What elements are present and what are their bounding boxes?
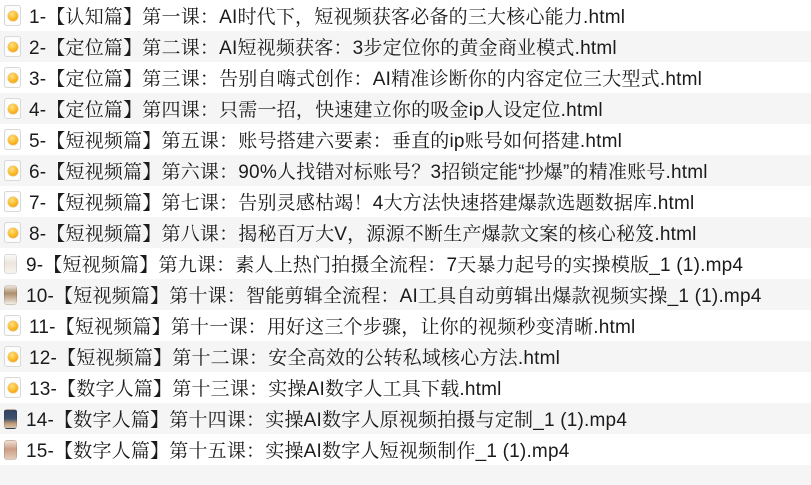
html-file-icon [4,160,21,181]
file-name: 14-【数字人篇】第十四课：实操AI数字人原视频拍摄与定制_1 (1).mp4 [26,405,627,432]
html-file-icon [4,67,21,88]
html-file-icon [4,222,21,243]
html-icon-orb [8,104,18,114]
html-icon-orb [8,321,18,331]
file-name: 15-【数字人篇】第十五课：实操AI数字人短视频制作_1 (1).mp4 [26,436,570,463]
file-name: 2-【定位篇】第二课：AI短视频获客：3步定位你的黄金商业模式.html [29,33,617,60]
html-file-icon [4,5,21,26]
html-icon-orb [8,383,18,393]
file-row[interactable]: 15-【数字人篇】第十五课：实操AI数字人短视频制作_1 (1).mp4 [0,434,811,465]
html-icon-orb [8,135,18,145]
html-file-icon [4,377,21,398]
html-icon-orb [8,197,18,207]
file-name: 3-【定位篇】第三课：告别自嗨式创作：AI精准诊断你的内容定位三大型式.html [29,64,702,91]
file-row[interactable]: 7-【短视频篇】第七课：告别灵感枯竭！4大方法快速搭建爆款选题数据库.html [0,186,811,217]
partial-next-row [0,465,811,485]
video-thumbnail-icon [4,409,17,429]
file-row[interactable]: 6-【短视频篇】第六课：90%人找错对标账号？3招锁定能“抄爆”的精准账号.ht… [0,155,811,186]
file-row[interactable]: 11-【短视频篇】第十一课：用好这三个步骤，让你的视频秒变清晰.html [0,310,811,341]
file-row[interactable]: 12-【短视频篇】第十二课：安全高效的公转私域核心方法.html [0,341,811,372]
file-row[interactable]: 4-【定位篇】第四课：只需一招，快速建立你的吸金ip人设定位.html [0,93,811,124]
file-row[interactable]: 1-【认知篇】第一课：AI时代下，短视频获客必备的三大核心能力.html [0,0,811,31]
file-row[interactable]: 14-【数字人篇】第十四课：实操AI数字人原视频拍摄与定制_1 (1).mp4 [0,403,811,434]
file-row[interactable]: 10-【短视频篇】第十课：智能剪辑全流程：AI工具自动剪辑出爆款视频实操_1 (… [0,279,811,310]
file-name: 10-【短视频篇】第十课：智能剪辑全流程：AI工具自动剪辑出爆款视频实操_1 (… [26,281,762,308]
file-row[interactable]: 5-【短视频篇】第五课：账号搭建六要素：垂直的ip账号如何搭建.html [0,124,811,155]
video-thumbnail-icon [4,440,17,460]
html-file-icon [4,191,21,212]
html-icon-orb [8,166,18,176]
file-name: 6-【短视频篇】第六课：90%人找错对标账号？3招锁定能“抄爆”的精准账号.ht… [29,157,708,184]
file-name: 1-【认知篇】第一课：AI时代下，短视频获客必备的三大核心能力.html [29,2,625,29]
file-name: 12-【短视频篇】第十二课：安全高效的公转私域核心方法.html [29,343,560,370]
video-thumbnail-icon [4,254,17,274]
file-row[interactable]: 8-【短视频篇】第八课：揭秘百万大V，源源不断生产爆款文案的核心秘笈.html [0,217,811,248]
file-row[interactable]: 3-【定位篇】第三课：告别自嗨式创作：AI精准诊断你的内容定位三大型式.html [0,62,811,93]
html-icon-orb [8,228,18,238]
html-icon-orb [8,11,18,21]
html-file-icon [4,315,21,336]
file-row[interactable]: 9-【短视频篇】第九课：素人上热门拍摄全流程：7天暴力起号的实操模版_1 (1)… [0,248,811,279]
file-row[interactable]: 2-【定位篇】第二课：AI短视频获客：3步定位你的黄金商业模式.html [0,31,811,62]
html-file-icon [4,129,21,150]
video-thumbnail-icon [4,285,17,305]
file-name: 13-【数字人篇】第十三课：实操AI数字人工具下载.html [29,374,502,401]
html-icon-orb [8,73,18,83]
file-row[interactable]: 13-【数字人篇】第十三课：实操AI数字人工具下载.html [0,372,811,403]
file-name: 4-【定位篇】第四课：只需一招，快速建立你的吸金ip人设定位.html [29,95,603,122]
file-name: 8-【短视频篇】第八课：揭秘百万大V，源源不断生产爆款文案的核心秘笈.html [29,219,697,246]
file-name: 5-【短视频篇】第五课：账号搭建六要素：垂直的ip账号如何搭建.html [29,126,622,153]
file-name: 7-【短视频篇】第七课：告别灵感枯竭！4大方法快速搭建爆款选题数据库.html [29,188,694,215]
file-list: 1-【认知篇】第一课：AI时代下，短视频获客必备的三大核心能力.html2-【定… [0,0,811,485]
html-file-icon [4,36,21,57]
html-icon-orb [8,352,18,362]
html-file-icon [4,346,21,367]
html-icon-orb [8,42,18,52]
html-file-icon [4,98,21,119]
file-name: 9-【短视频篇】第九课：素人上热门拍摄全流程：7天暴力起号的实操模版_1 (1)… [26,250,743,277]
file-name: 11-【短视频篇】第十一课：用好这三个步骤，让你的视频秒变清晰.html [29,312,635,339]
